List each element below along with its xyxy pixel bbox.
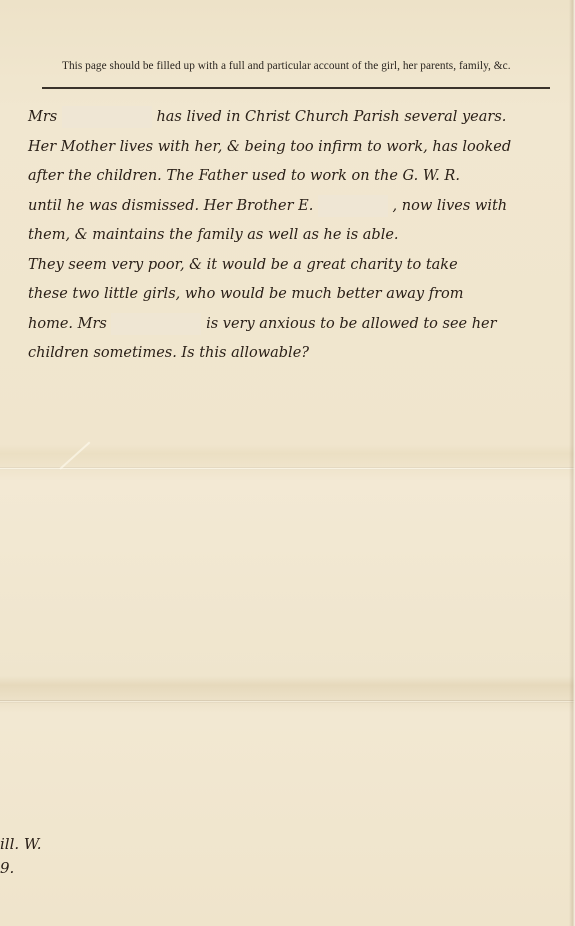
header-rule-divider	[42, 87, 550, 89]
redacted-name	[111, 313, 201, 335]
margin-note-line: ill. W.	[0, 832, 42, 856]
handwritten-line-6: They seem very poor, & it would be a gre…	[28, 251, 568, 281]
handwritten-line-8: home. Mrs is very anxious to be allowed …	[28, 310, 568, 340]
handwritten-line-7: these two little girls, who would be muc…	[28, 280, 568, 310]
redacted-name	[318, 195, 388, 217]
paper-crease-diagonal	[59, 441, 90, 469]
handwritten-line-4: until he was dismissed. Her Brother E. ,…	[28, 192, 568, 222]
line-text: Mrs	[28, 109, 57, 125]
line-text: is very anxious to be allowed to see her	[206, 316, 497, 332]
handwritten-line-9: children sometimes. Is this allowable?	[28, 339, 568, 369]
redacted-name	[62, 106, 152, 128]
line-text: until he was dismissed. Her Brother E.	[28, 198, 313, 214]
printed-header-instruction: This page should be filled up with a ful…	[62, 60, 511, 72]
line-text: home. Mrs	[28, 316, 107, 332]
margin-note: ill. W. 9.	[0, 832, 42, 880]
handwritten-line-3: after the children. The Father used to w…	[28, 162, 568, 192]
paper-fold-crease	[0, 467, 575, 470]
line-text: has lived in Christ Church Parish severa…	[156, 109, 506, 125]
handwritten-account: Mrs has lived in Christ Church Parish se…	[28, 103, 568, 369]
paper-fold-crease	[0, 700, 575, 703]
handwritten-line-5: them, & maintains the family as well as …	[28, 221, 568, 251]
handwritten-line-2: Her Mother lives with her, & being too i…	[28, 133, 568, 163]
margin-note-line: 9.	[0, 856, 42, 880]
handwritten-line-1: Mrs has lived in Christ Church Parish se…	[28, 103, 568, 133]
line-text: , now lives with	[393, 198, 508, 214]
document-page: This page should be filled up with a ful…	[0, 0, 575, 926]
